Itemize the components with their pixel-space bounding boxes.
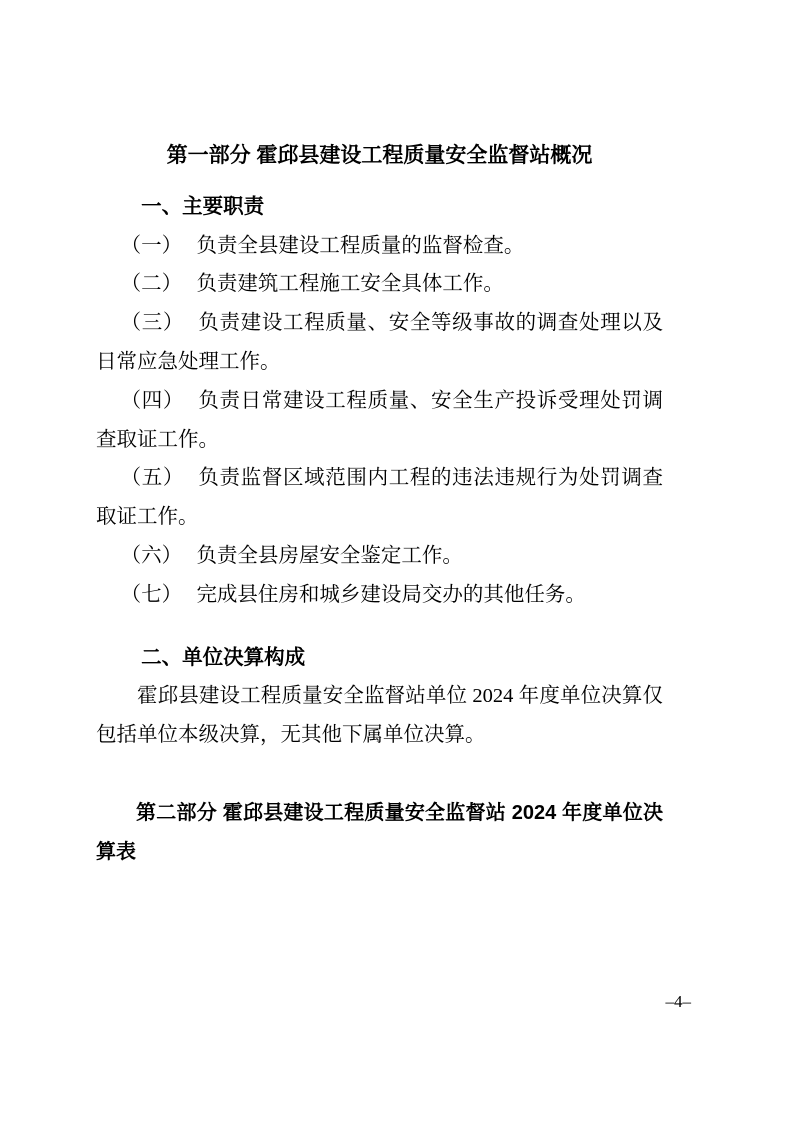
document-content: 第一部分 霍邱县建设工程质量安全监督站概况 一、主要职责 （一）负责全县建设工程…: [96, 137, 663, 871]
duty-item: （四）负责日常建设工程质量、安全生产投诉受理处罚调查取证工作。: [96, 382, 663, 460]
item-marker: （七）: [121, 584, 183, 606]
duty-item: （一）负责全县建设工程质量的监督检查。: [96, 227, 663, 266]
item-text: 完成县住房和城乡建设局交办的其他任务。: [196, 584, 586, 606]
duty-item: （七）完成县住房和城乡建设局交办的其他任务。: [96, 576, 663, 615]
duty-item: （二）负责建筑工程施工安全具体工作。: [96, 265, 663, 304]
duty-item: （五）负责监督区域范围内工程的违法违规行为处罚调查取证工作。: [96, 459, 663, 537]
item-marker: （六）: [121, 545, 183, 567]
item-marker: （二）: [121, 273, 183, 295]
item-text: 负责全县建设工程质量的监督检查。: [196, 235, 524, 257]
blank-line: [96, 755, 663, 794]
page-number: –4–: [666, 992, 692, 1012]
item-marker: （四）: [121, 390, 184, 412]
part1-title: 第一部分 霍邱县建设工程质量安全监督站概况: [96, 137, 663, 176]
section-gap: [96, 615, 663, 639]
item-text: 负责全县房屋安全鉴定工作。: [196, 545, 463, 567]
section2-paragraph: 霍邱县建设工程质量安全监督站单位 2024 年度单位决算仅包括单位本级决算，无其…: [96, 677, 663, 755]
section1-heading: 一、主要职责: [96, 188, 663, 227]
item-text: 负责建筑工程施工安全具体工作。: [196, 273, 504, 295]
section2-heading: 二、单位决算构成: [96, 639, 663, 678]
document-page: 第一部分 霍邱县建设工程质量安全监督站概况 一、主要职责 （一）负责全县建设工程…: [0, 0, 793, 1122]
part2-title: 第二部分 霍邱县建设工程质量安全监督站 2024 年度单位决算表: [96, 794, 663, 872]
item-marker: （三）: [121, 312, 184, 334]
duty-item: （六）负责全县房屋安全鉴定工作。: [96, 537, 663, 576]
duty-item: （三）负责建设工程质量、安全等级事故的调查处理以及日常应急处理工作。: [96, 304, 663, 382]
item-marker: （一）: [121, 235, 183, 257]
item-marker: （五）: [121, 467, 184, 489]
